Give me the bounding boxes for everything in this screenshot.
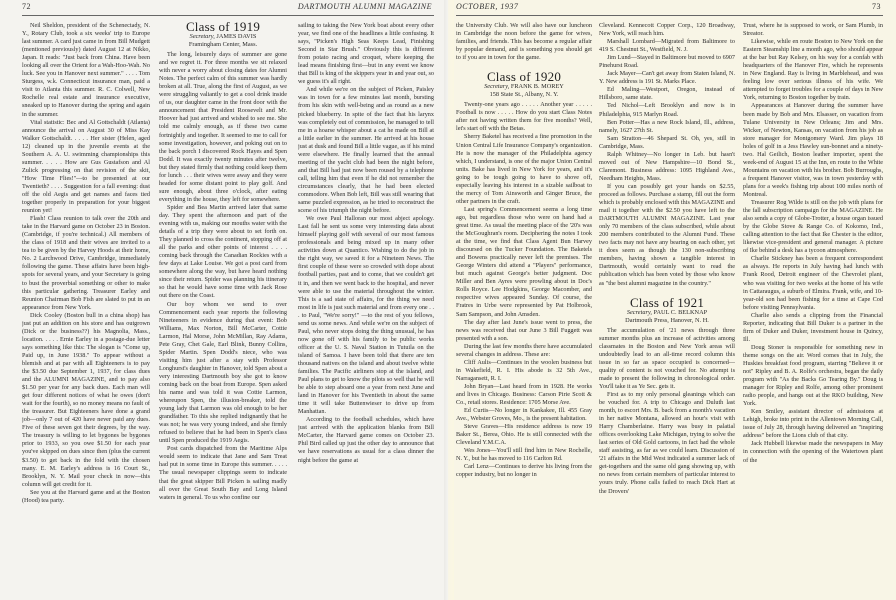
paragraph: Treasurer Rog Wilde is still on the job … (743, 199, 883, 255)
paragraph: We owe Paul Halloran our most abject apo… (298, 215, 434, 416)
paragraph: The long, leisurely days of summer are g… (159, 51, 287, 204)
class-heading: Class of 1920 (456, 73, 592, 81)
secretary-label: Secretary, (484, 83, 509, 90)
paragraph: Our boy whom we send to over Commencemen… (159, 301, 287, 446)
paragraph: Doug Stoner is responsible for something… (743, 344, 883, 408)
paragraph: The day after last June's issue went to … (456, 319, 592, 343)
paragraph: Ken Smiley, assistant director of admiss… (743, 408, 883, 440)
secretary-address: Dartmouth Press, Hanover, N. H. (599, 317, 735, 325)
magazine-title: DARTMOUTH ALUMNI MAGAZINE (298, 2, 432, 11)
secretary-label: Secretary, (190, 33, 215, 40)
paragraph: Jack Hubbell likewise made the newspaper… (743, 440, 883, 464)
paragraph: Marshall Lombard—Migrated from Baltimore… (599, 38, 735, 54)
page-number-left: 72 (22, 2, 31, 11)
paragraph: Appearances at Hanover during the summer… (743, 102, 883, 199)
paragraph: According to the football schedules, whi… (298, 416, 434, 464)
paragraph: Sam Stratton—46 Shepard St. Oh, yes, sti… (599, 135, 735, 151)
paragraph: John Bryan—Last heard from in 1928. He w… (456, 383, 592, 407)
secretary-label: Secretary, (627, 309, 652, 316)
paragraph: Cleveland. Kennecott Copper Corp., 120 B… (599, 22, 735, 38)
left-column-1: Neil Sheldon, president of the Schenecta… (22, 22, 150, 600)
paragraph: Last spring's Commencement seems a long … (456, 206, 592, 319)
right-column-1: the University Club. We will also have o… (456, 22, 592, 600)
paragraph: Wes Jones—You'll still find him in New R… (456, 447, 592, 463)
issue-date: OCTOBER, 1937 (456, 2, 518, 11)
secretary-name: JAMES DAVIS (216, 33, 256, 40)
secretary-name: FRANK B. MOREY (511, 83, 564, 90)
left-running-head: 72 DARTMOUTH ALUMNI MAGAZINE (22, 2, 432, 16)
paragraph: Flash! Class reunion to talk over the 20… (22, 215, 150, 312)
paragraph: Jack Mayer—Can't get away from Staten Is… (599, 70, 735, 86)
secretary-line: Secretary, JAMES DAVIS (159, 33, 287, 41)
paragraph: Vital statistic: Bec and Al Gottschaldt … (22, 119, 150, 216)
paragraph: During the last few months there have ac… (456, 343, 592, 359)
paragraph: The accumulation of '21 news through thr… (599, 327, 735, 391)
paragraph: Ed Maling—Westport, Oregon, instead of H… (599, 86, 735, 102)
paragraph: sailing to taking the New York boat abou… (298, 22, 434, 86)
header-rule-right (456, 15, 883, 16)
paragraph: Post cards dispatched from the Maritime … (159, 445, 287, 501)
paragraph: And while we're on the subject of Picken… (298, 86, 434, 215)
class-heading: Class of 1921 (599, 299, 735, 307)
paragraph: Twenty-one years ago . . . . . Another y… (456, 101, 592, 133)
paragraph: Spider and Bea Martin arrived later that… (159, 204, 287, 301)
right-page: OCTOBER, 1937 73 the University Club. We… (448, 0, 896, 600)
paragraph: Charlie Stickney has been a frequent cor… (743, 255, 883, 311)
paragraph: Ben Potter—Has a new Rock Island, Ill., … (599, 119, 735, 135)
paragraph: Dick Cooley (Boston bull in a china shop… (22, 312, 150, 489)
paragraph: Sherry Baketel has received a fine promo… (456, 133, 592, 205)
page-gutter (444, 0, 454, 600)
left-column-3: sailing to taking the New York boat abou… (298, 22, 434, 600)
paragraph: Ralph Whitney—No longer in Leb. but hasn… (599, 151, 735, 183)
paragraph: Trust, where he is supposed to work, or … (743, 22, 883, 38)
secretary-address: Framingham Center, Mass. (159, 41, 287, 49)
paragraph: Cliff Aulis—Continues in the woolen busi… (456, 359, 592, 383)
paragraph: Charlie also sends a clipping from the F… (743, 312, 883, 344)
right-running-head: OCTOBER, 1937 73 (456, 2, 881, 16)
paragraph: Ed Curtis—No longer in Kankakee, Ill. 45… (456, 407, 592, 423)
left-column-2: Class of 1919Secretary, JAMES DAVISFrami… (159, 22, 287, 600)
secretary-address: 158 State St., Albany, N. Y. (456, 91, 592, 99)
secretary-name: PAUL C. BELKNAP (654, 309, 708, 316)
paragraph: Jim Lund—Stayed in Baltimore but moved t… (599, 54, 735, 70)
class-heading: Class of 1919 (159, 23, 287, 31)
page-number-right: 73 (872, 2, 881, 11)
paragraph: Likewise, while en route Boston to New Y… (743, 38, 883, 102)
secretary-line: Secretary, FRANK B. MOREY (456, 83, 592, 91)
secretary-line: Secretary, PAUL C. BELKNAP (599, 309, 735, 317)
right-column-3: Trust, where he is supposed to work, or … (743, 22, 883, 600)
paragraph: If you can possibly get your hands on $2… (599, 183, 735, 288)
paragraph: Carl Lenz—Continues to derive his living… (456, 463, 592, 479)
header-rule-left (22, 15, 434, 16)
left-page: 72 DARTMOUTH ALUMNI MAGAZINE Neil Sheldo… (0, 0, 448, 600)
paragraph: See you at the Harvard game and at the B… (22, 489, 150, 505)
right-column-2: Cleveland. Kennecott Copper Corp., 120 B… (599, 22, 735, 600)
paragraph: the University Club. We will also have o… (456, 22, 592, 62)
paragraph: Neil Sheldon, president of the Schenecta… (22, 22, 150, 119)
paragraph: Steve Graves—His residence address is no… (456, 423, 592, 447)
paragraph: Ted Nichol—Left Brooklyn and now is in P… (599, 102, 735, 118)
paragraph: First as to my only personal gleanings w… (599, 391, 735, 496)
